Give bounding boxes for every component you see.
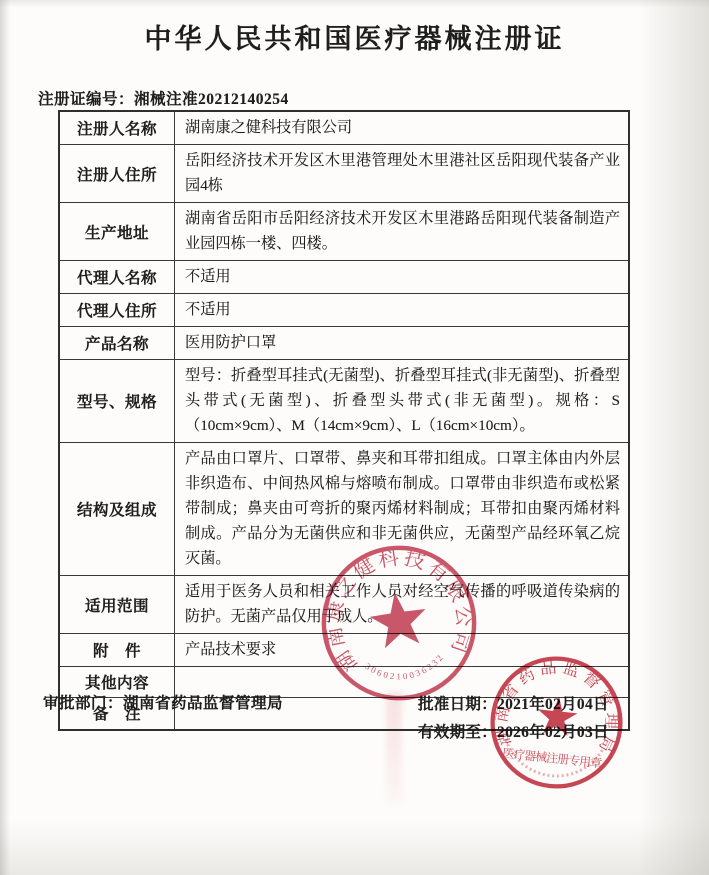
approve-date-line: 批准日期：2021年02月04日 bbox=[418, 691, 609, 719]
row-label: 结构及组成 bbox=[59, 443, 175, 576]
row-value: 产品技术要求 bbox=[175, 634, 630, 667]
approve-date-label: 批准日期： bbox=[418, 696, 497, 713]
row-value: 不适用 bbox=[175, 294, 630, 327]
table-row: 型号、规格 型号：折叠型耳挂式(无菌型)、折叠型耳挂式(非无菌型)、折叠型头带式… bbox=[59, 360, 629, 443]
expiry-date-value: 2026年02月03日 bbox=[497, 724, 609, 741]
row-label: 生产地址 bbox=[59, 203, 175, 261]
row-value: 产品由口罩片、口罩带、鼻夹和耳带扣组成。口罩主体由内外层非织造布、中间热风棉与熔… bbox=[175, 443, 630, 576]
row-label: 代理人住所 bbox=[59, 294, 175, 327]
approval-department-value: 湖南省药品监督管理局 bbox=[123, 695, 283, 712]
scan-shading-right bbox=[637, 0, 709, 875]
dates-block: 批准日期：2021年02月04日 有效期至：2026年02月03日 bbox=[418, 691, 609, 747]
certificate-number-value: 湘械注准20212140254 bbox=[134, 91, 289, 108]
table-row: 附 件 产品技术要求 bbox=[59, 634, 629, 667]
approve-date-value: 2021年02月04日 bbox=[497, 696, 609, 713]
row-value: 湖南省岳阳市岳阳经济技术开发区木里港路岳阳现代装备制造产业园四栋一楼、四楼。 bbox=[175, 203, 630, 261]
expiry-date-line: 有效期至：2026年02月03日 bbox=[418, 719, 609, 747]
authority-seal-bottom-text: 医疗器械注册专用章 bbox=[502, 746, 604, 770]
table-row: 适用范围 适用于医务人员和相关工作人员对经空气传播的呼吸道传染病的防护。无菌产品… bbox=[59, 576, 629, 634]
row-label: 型号、规格 bbox=[59, 360, 175, 443]
row-value: 医用防护口罩 bbox=[175, 327, 630, 360]
row-label: 注册人住所 bbox=[59, 145, 175, 203]
certificate-table: 注册人名称 湖南康之健科技有限公司 注册人住所 岳阳经济技术开发区木里港管理处木… bbox=[58, 110, 630, 731]
scan-shading-bottom bbox=[0, 820, 709, 875]
table-row: 结构及组成 产品由口罩片、口罩带、鼻夹和耳带扣组成。口罩主体由内外层非织造布、中… bbox=[59, 443, 629, 576]
expiry-date-label: 有效期至： bbox=[418, 724, 497, 741]
approval-department-line: 审批部门：湖南省药品监督管理局 bbox=[43, 691, 283, 713]
scan-shading-top bbox=[0, 0, 709, 8]
certificate-number-line: 注册证编号：湘械注准20212140254 bbox=[38, 87, 289, 109]
table-row: 代理人住所 不适用 bbox=[59, 294, 629, 327]
table-row: 产品名称 医用防护口罩 bbox=[59, 327, 629, 360]
row-label: 适用范围 bbox=[59, 576, 175, 634]
row-value: 不适用 bbox=[175, 261, 630, 294]
row-value: 岳阳经济技术开发区木里港管理处木里港社区岳阳现代装备产业园4栋 bbox=[175, 145, 630, 203]
table-row: 注册人名称 湖南康之健科技有限公司 bbox=[59, 111, 629, 145]
row-label: 附 件 bbox=[59, 634, 175, 667]
table-row: 代理人名称 不适用 bbox=[59, 261, 629, 294]
document-title: 中华人民共和国医疗器械注册证 bbox=[0, 17, 709, 56]
approval-department-label: 审批部门： bbox=[43, 695, 123, 712]
row-label: 注册人名称 bbox=[59, 111, 175, 145]
scan-shading-left bbox=[0, 0, 10, 875]
table-row: 生产地址 湖南省岳阳市岳阳经济技术开发区木里港路岳阳现代装备制造产业园四栋一楼、… bbox=[59, 203, 629, 261]
row-value: 适用于医务人员和相关工作人员对经空气传播的呼吸道传染病的防护。无菌产品仅用于成人… bbox=[175, 576, 630, 634]
table-row: 注册人住所 岳阳经济技术开发区木里港管理处木里港社区岳阳现代装备产业园4栋 bbox=[59, 145, 629, 203]
row-label: 代理人名称 bbox=[59, 261, 175, 294]
row-label: 产品名称 bbox=[59, 327, 175, 360]
certificate-page: 中华人民共和国医疗器械注册证 注册证编号：湘械注准20212140254 注册人… bbox=[0, 0, 709, 875]
certificate-number-label: 注册证编号： bbox=[38, 91, 134, 108]
row-value: 湖南康之健科技有限公司 bbox=[175, 111, 630, 145]
row-value: 型号：折叠型耳挂式(无菌型)、折叠型耳挂式(非无菌型)、折叠型头带式(无菌型)、… bbox=[175, 360, 630, 443]
